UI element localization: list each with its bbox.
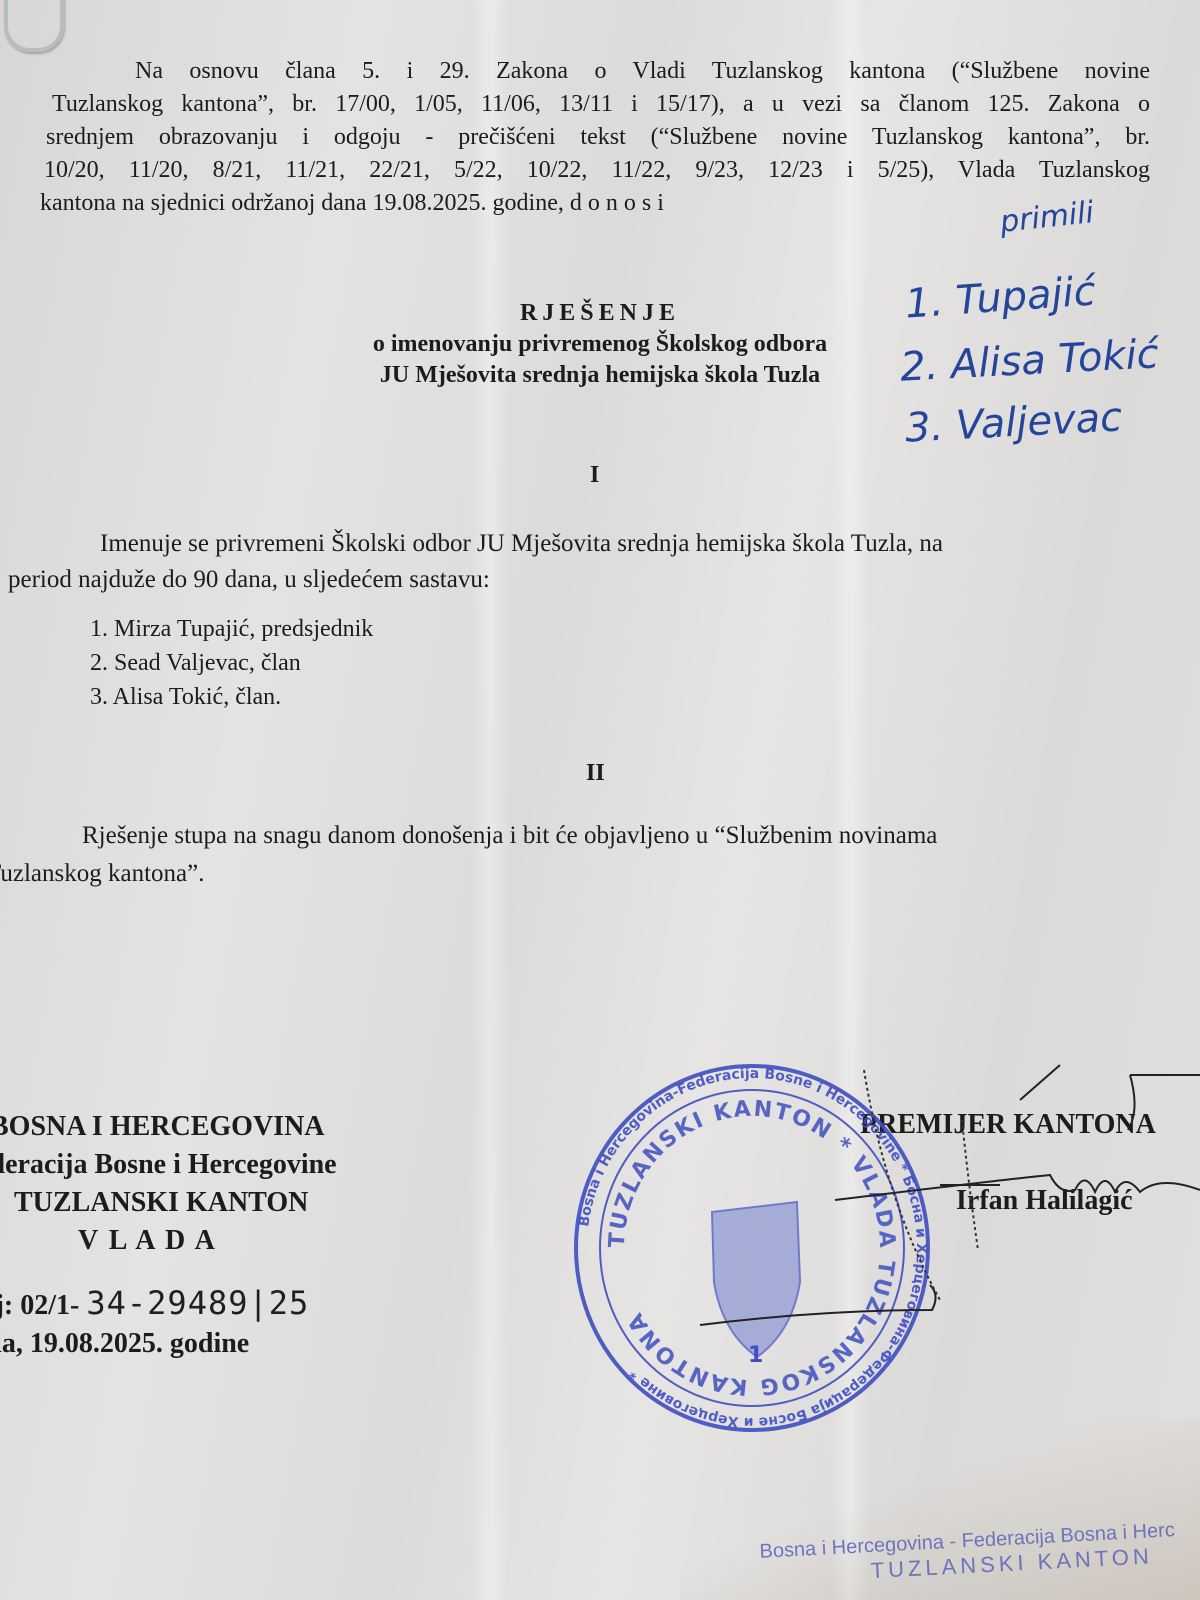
signature-icon (0, 0, 1200, 1600)
